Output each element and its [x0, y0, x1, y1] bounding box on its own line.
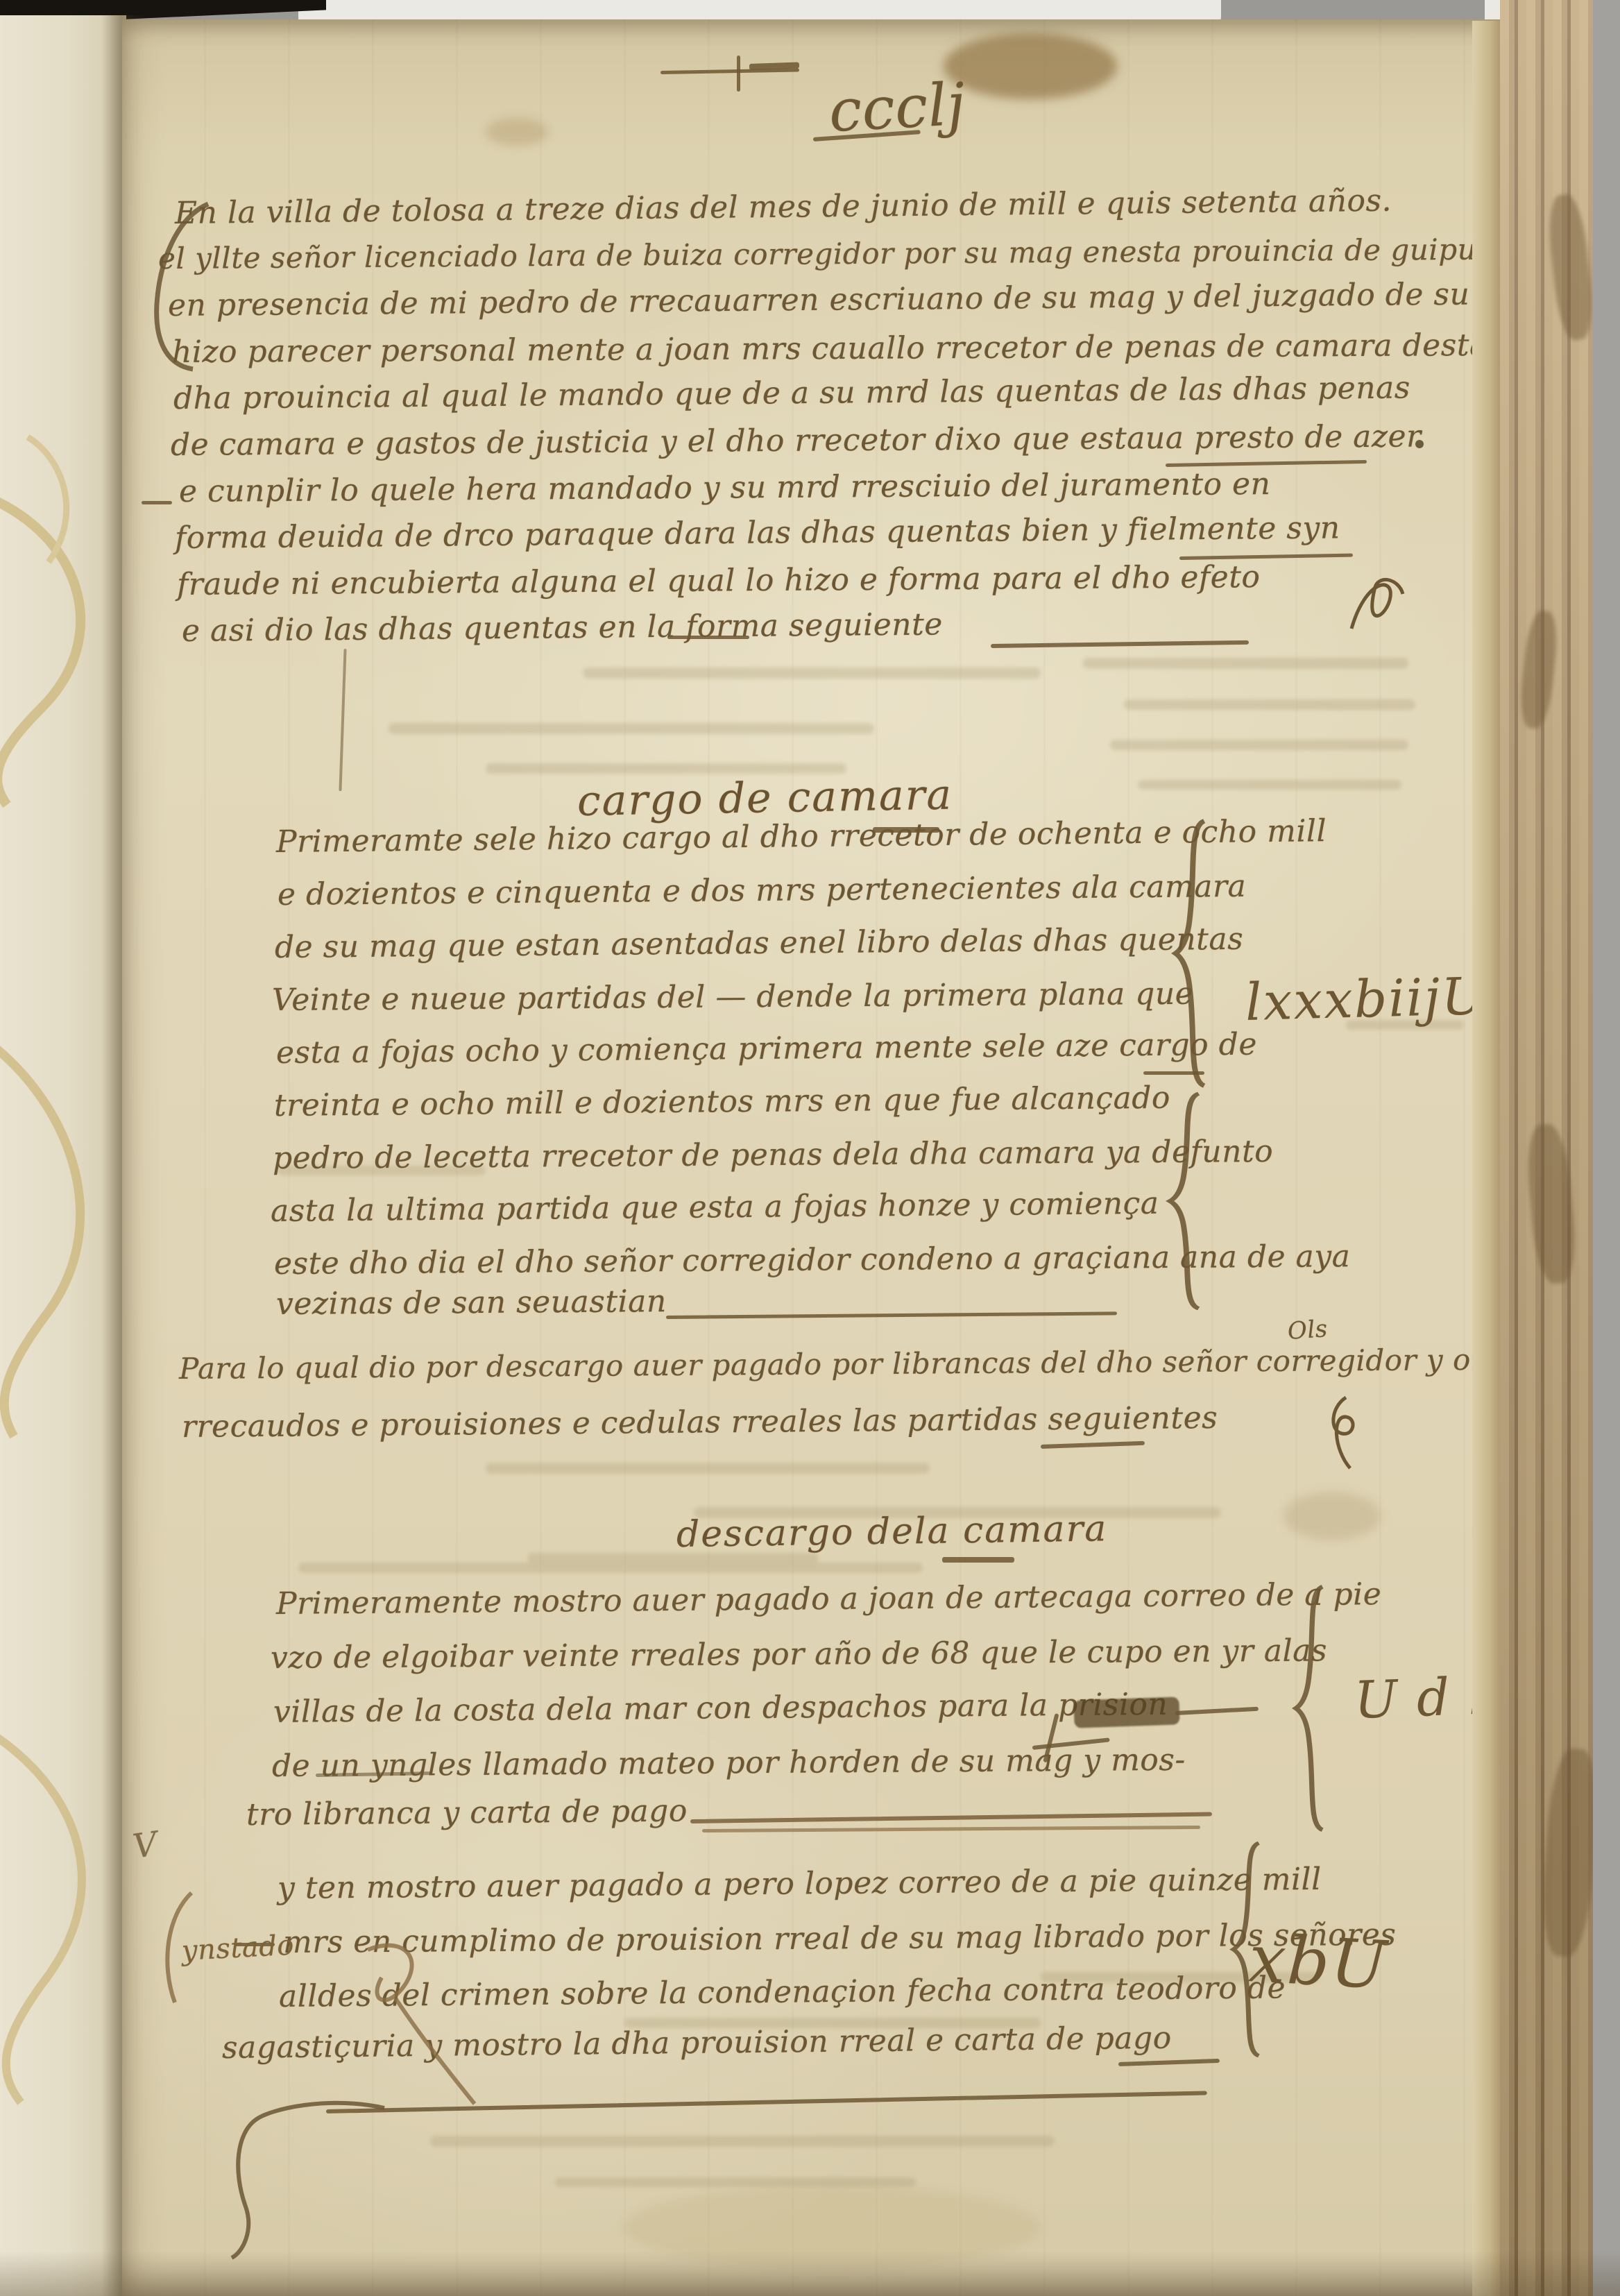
- bleedthrough-mark: [583, 667, 1041, 679]
- manuscript-line: fraude ni encubierta alguna el qual lo h…: [177, 562, 1261, 600]
- margin-sum-descargo-2: xbU: [1247, 1921, 1390, 2004]
- margin-check-mark: V: [131, 1827, 160, 1863]
- manuscript-line: de camara e gastos de justicia y el dho …: [171, 421, 1422, 461]
- mid-dash: [667, 636, 749, 639]
- bleedthrough-mark: [527, 1553, 819, 1563]
- superscript-note: Ols: [1287, 1317, 1329, 1343]
- bleedthrough-mark: [389, 723, 874, 734]
- bleedthrough-mark: [1110, 740, 1408, 750]
- heading-dash: [942, 1557, 1014, 1563]
- section-heading-descargo: descargo dela camara: [676, 1511, 1108, 1553]
- ink-smudge-top: [944, 33, 1117, 99]
- left-margin-note: ynstado: [181, 1932, 295, 1965]
- grouping-brace: [1166, 1091, 1203, 1311]
- manuscript-line: hizo parecer personal mente a joan mrs c…: [172, 330, 1488, 368]
- crossed-out-word: [1073, 1697, 1179, 1728]
- foxing-spot: [486, 118, 548, 146]
- bleedthrough-mark: [1082, 658, 1408, 669]
- bleedthrough-mark: [298, 1563, 923, 1573]
- bleedthrough-mark: [486, 1463, 930, 1474]
- manuscript-line: Veinte e nueue partidas del — dende la p…: [272, 979, 1194, 1016]
- section-heading-cargo: cargo de camara: [577, 774, 953, 822]
- manuscript-line: tro libranca y carta de pago: [246, 1796, 688, 1830]
- manuscript-line: asta la ultima partida que esta a fojas …: [271, 1189, 1159, 1227]
- manuscript-line: e cunplir lo quele hera mandado y su mrd…: [179, 469, 1271, 507]
- manuscript-line: e asi dio las dhas quentas en la forma s…: [182, 609, 943, 647]
- grouping-brace: [1171, 817, 1209, 1089]
- bleedthrough-mark: [555, 2177, 916, 2187]
- manuscript-line: treinta e ocho mill e dozientos mrs en q…: [274, 1083, 1170, 1121]
- closing-rubric: [229, 2089, 389, 2262]
- folio-number: ccclj: [828, 75, 967, 140]
- line-end-swash: [1318, 1393, 1367, 1473]
- manuscript-line: y ten mostro auer pagado a pero lopez co…: [278, 1864, 1322, 1904]
- manuscript-line: vzo de elgoibar veinte rreales por año d…: [271, 1635, 1327, 1674]
- manuscript-scan: ccclj En la villa de tolosa a treze dias…: [0, 0, 1620, 2296]
- manuscript-line: pedro de lecetta rrecetor de penas dela …: [273, 1137, 1273, 1174]
- manuscript-line: e dozientos e cinquenta e dos mrs perten…: [278, 871, 1247, 910]
- bleedthrough-mark: [486, 763, 846, 774]
- manuscript-line: de su mag que estan asentadas enel libro…: [275, 924, 1244, 963]
- collation-cross-vertical: [737, 56, 740, 92]
- foxing-spot: [1284, 1492, 1381, 1540]
- manuscript-line: vezinas de san seuastian: [276, 1286, 667, 1320]
- manuscript-line: esta a fojas ocho y comiença primera men…: [276, 1030, 1257, 1069]
- bleedthrough-mark: [430, 2136, 1055, 2147]
- line-end-swash: [1345, 573, 1407, 643]
- bottom-shadow: [0, 2251, 1620, 2296]
- bleedthrough-mark: [1124, 699, 1415, 710]
- margin-dash: [142, 501, 172, 504]
- background-right: [1593, 0, 1620, 2296]
- margin-note-swash: [347, 1936, 479, 2109]
- bleedthrough-mark: [1138, 780, 1401, 790]
- ink-dot: [1415, 440, 1424, 448]
- manuscript-line: rrecaudos e prouisiones e cedulas rreale…: [182, 1403, 1218, 1443]
- grouping-brace: [1292, 1583, 1327, 1833]
- manuscript-line: de un yngles llamado mateo por horden de…: [272, 1745, 1186, 1782]
- manuscript-line: villas de la costa dela mar con despacho…: [273, 1690, 1168, 1728]
